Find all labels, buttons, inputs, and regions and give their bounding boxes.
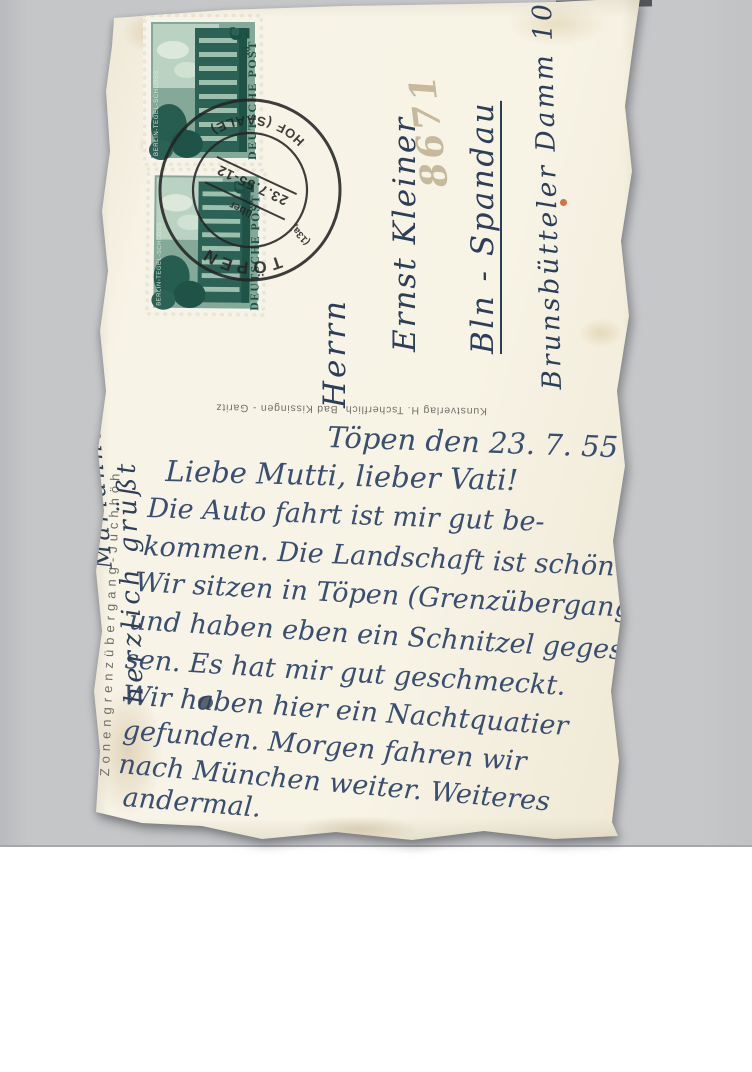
stamp-currency: PF [240, 46, 251, 58]
publisher-imprint: Kunstverlag H. Tscherflich, Bad Kissinge… [175, 401, 487, 417]
message-line: Liebe Mutti, lieber Vati! [165, 454, 518, 497]
address-street: Brunsbütteler Damm 101 [526, 0, 568, 390]
postmark-routing-town: HOF (SAALE) [206, 107, 310, 150]
postmark-routing: über [227, 198, 254, 219]
message-dateline: Töpen den 23. 7. 55 [327, 420, 619, 464]
postcard-back: DEUTSCHE POST BERLIN-TEGEL-SCHLOSS 5 PF [84, 0, 656, 848]
postcard: DEUTSCHE POST BERLIN-TEGEL-SCHLOSS 5 PF [84, 0, 656, 848]
stain [298, 816, 418, 842]
message-line: Die Auto fahrt ist mir gut be- [147, 493, 545, 538]
postmark-district: (13a) [289, 222, 313, 247]
address-salutation: Herrn [317, 298, 353, 408]
scanned-postcard-page: DEUTSCHE POST BERLIN-TEGEL-SCHLOSS 5 PF [0, 0, 752, 1072]
ink-blot [198, 696, 213, 709]
address-city: Bln - Spandau [465, 101, 501, 354]
svg-text:HOF (SAALE): HOF (SAALE) [206, 107, 310, 150]
postmark: TÖPEN HOF (SAALE) (13a) über 23.7.55-12 [150, 90, 350, 290]
stamp-denomination: 5 [223, 26, 256, 41]
message-closing: herzlich grüßt [111, 459, 150, 704]
stain [578, 318, 624, 348]
